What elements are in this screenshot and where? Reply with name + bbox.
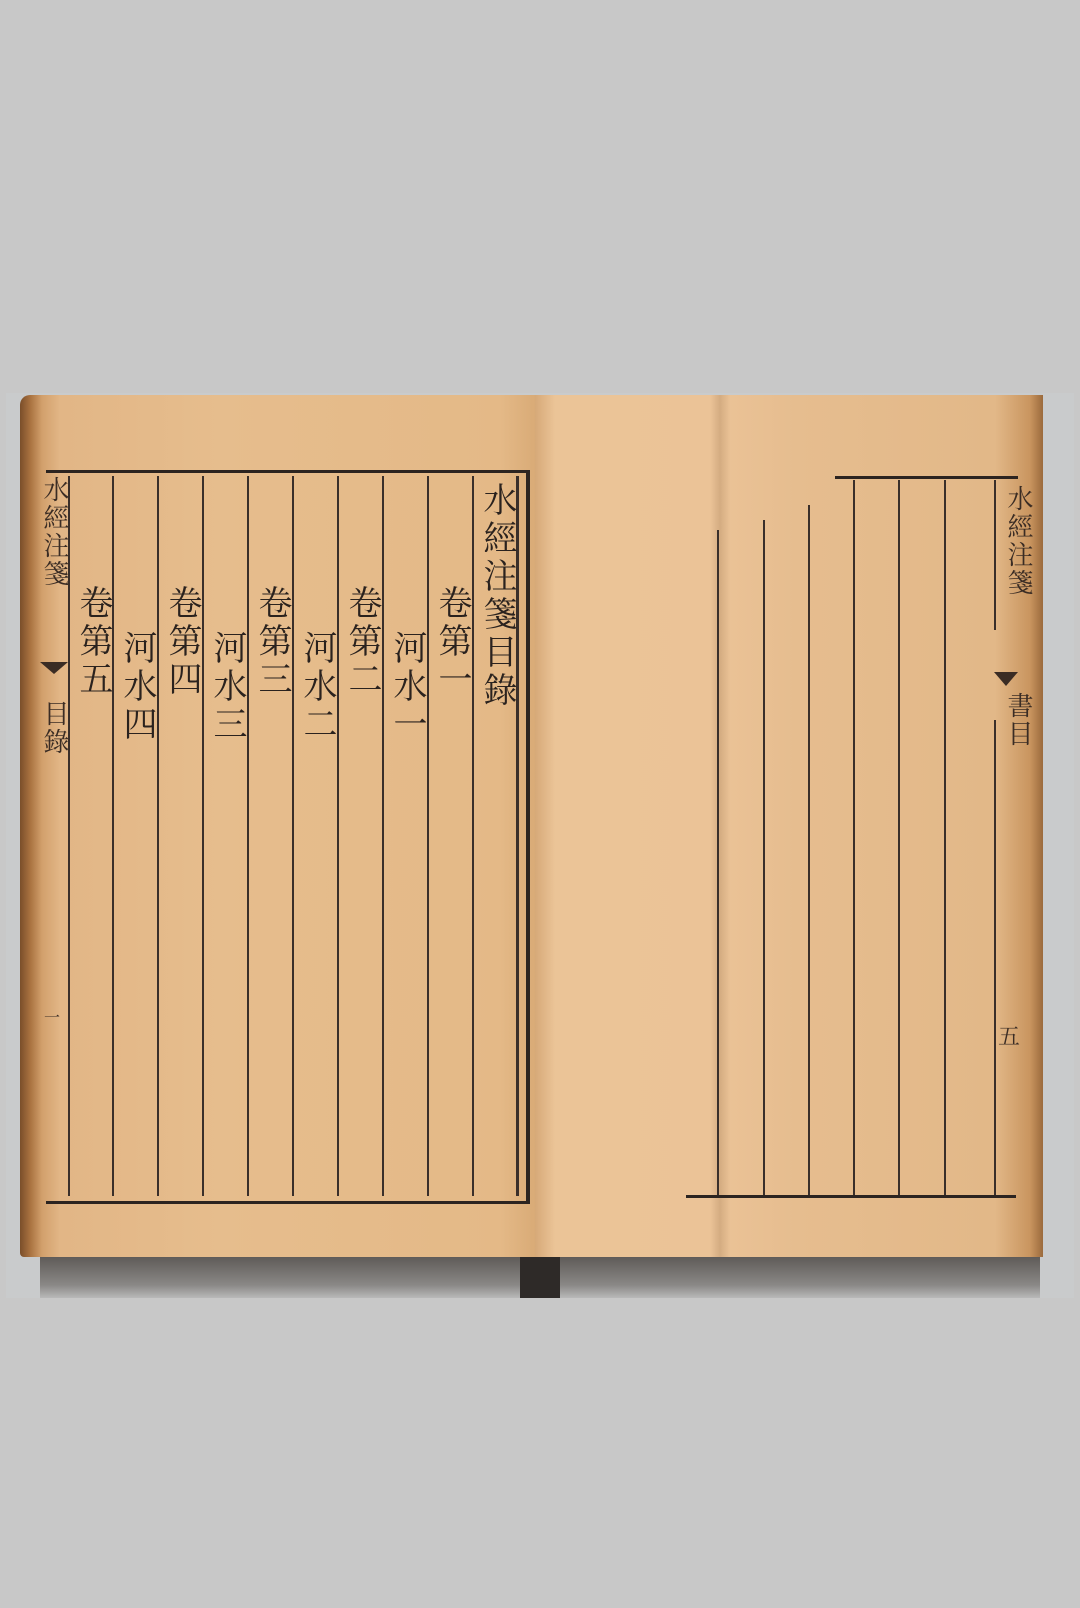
- right-page-frame-bottom: [686, 1195, 1016, 1198]
- column-rule: [292, 476, 294, 1196]
- column-rule: [157, 476, 159, 1196]
- banxin-section: 目錄: [36, 700, 73, 756]
- column-rule: [202, 476, 204, 1196]
- column-rule: [853, 480, 855, 1195]
- column-rule: [944, 480, 946, 1195]
- toc-volume-1: 卷第一: [431, 585, 473, 699]
- toc-volume-4: 卷第四: [161, 585, 203, 699]
- column-rule: [337, 476, 339, 1196]
- toc-title: 水經注箋目錄: [476, 482, 518, 710]
- fish-tail-mark-icon: [994, 672, 1018, 686]
- banxin-book-title-right: 水經注箋: [1000, 485, 1037, 597]
- column-rule: [112, 476, 114, 1196]
- column-rule: [898, 480, 900, 1195]
- toc-chapter-3: 河水三: [206, 630, 248, 744]
- toc-chapter-1: 河水一: [386, 630, 428, 744]
- column-rule: [994, 480, 996, 630]
- banxin-section-right: 書目: [1000, 692, 1037, 748]
- left-page-frame: [46, 470, 530, 1204]
- toc-chapter-4: 河水四: [116, 630, 158, 744]
- column-rule: [427, 476, 429, 1196]
- right-page-frame-top: [835, 476, 1018, 479]
- column-rule: [808, 505, 810, 1195]
- torn-paper-repair: [710, 395, 730, 1257]
- toc-volume-2: 卷第二: [341, 585, 383, 699]
- toc-volume-5: 卷第五: [72, 585, 114, 699]
- toc-volume-3: 卷第三: [251, 585, 293, 699]
- column-rule: [472, 476, 474, 1196]
- right-page: [535, 395, 1043, 1257]
- column-rule: [717, 530, 719, 1195]
- fish-tail-mark-icon: [40, 662, 68, 674]
- column-rule: [994, 720, 996, 1195]
- banxin-page-number-right: 五: [998, 1020, 1020, 1051]
- column-rule: [382, 476, 384, 1196]
- spine-shadow: [520, 1255, 560, 1298]
- banxin-book-title: 水經注箋: [36, 476, 73, 588]
- toc-chapter-2: 河水二: [296, 630, 338, 744]
- column-rule: [763, 520, 765, 1195]
- column-rule: [247, 476, 249, 1196]
- banxin-page-number: 一: [44, 1005, 60, 1028]
